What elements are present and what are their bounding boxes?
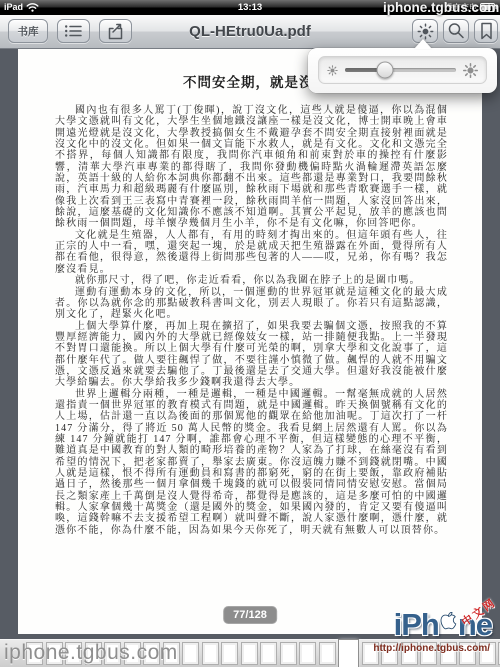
share-button[interactable] <box>99 19 132 43</box>
list-icon <box>64 24 83 38</box>
ribbon-icon <box>479 22 494 40</box>
paragraph: 文化就是生殖器，人人都有，有用的時刻才掏出來的。但這年頭有些人，往正宗的人中一看… <box>55 230 448 275</box>
large-sun-icon <box>463 63 478 78</box>
small-sun-icon <box>327 65 338 76</box>
page-thumbnail[interactable] <box>242 643 257 664</box>
brightness-slider-well <box>318 56 487 84</box>
site-logo: 中文网 iPh ne http://iphone.tgbus.com/ <box>373 610 500 654</box>
logo-url: http://iphone.tgbus.com/ <box>373 643 500 654</box>
page-thumbnail[interactable] <box>300 643 315 664</box>
page-indicator-badge: 77/128 <box>223 606 277 624</box>
magnifier-icon <box>447 22 465 40</box>
brightness-slider-knob[interactable] <box>376 62 393 79</box>
paragraph: 世界上邏輯分兩種，一種是邏輯，一種是中國邏輯。一幫毫無成就的人居然還指責一個世界… <box>55 389 448 536</box>
document-title: QL-HEtru0Ua.pdf <box>140 23 360 40</box>
contents-button[interactable] <box>57 19 90 43</box>
page-thumbnail[interactable] <box>203 643 218 664</box>
sun-icon <box>417 23 434 40</box>
share-icon <box>106 23 125 40</box>
page-thumbnail[interactable] <box>320 643 335 664</box>
apple-logo-icon <box>438 612 459 637</box>
paragraph: 運動有運動本身的文化，所以，一個運動的世界冠軍就是這種文化的最大成者。你以為就你… <box>55 287 448 321</box>
page-thumbnail-current[interactable] <box>339 640 358 667</box>
watermark-top: iphone.tgbus.com <box>383 0 499 15</box>
paragraph: 上個大學算什麼，再加上現在擴招了，如果我要去騙個文憑，按照我的不算豐厚經濟能力，… <box>55 321 448 389</box>
logo-text-left: iPh <box>394 607 439 642</box>
page-thumbnail[interactable] <box>183 643 198 664</box>
screen: iPad 13:13 没有充电 iphone.tgbus.com 书库 <box>0 0 500 667</box>
library-button[interactable]: 书库 <box>8 19 48 43</box>
watermark-bottom: iphone.tgbus.com <box>4 641 178 665</box>
bookmark-button[interactable] <box>474 19 498 43</box>
page-thumbnail[interactable] <box>261 643 276 664</box>
page-thumbnail[interactable] <box>281 643 296 664</box>
paragraph: 就你那尺寸，得了吧，你走近看看，你以為我圍在脖子上的是圍巾嗎。 <box>55 275 448 286</box>
brightness-slider[interactable] <box>345 68 456 72</box>
library-button-label: 书库 <box>18 24 39 39</box>
page-thumbnail[interactable] <box>222 643 237 664</box>
document-body: 國內也有很多人罵丁(丁俊暉)，說丁沒文化，這些人就是傻逼，你以為混個大學文憑就叫… <box>55 105 448 536</box>
paragraph: 國內也有很多人罵丁(丁俊暉)，說丁沒文化，這些人就是傻逼，你以為混個大學文憑就叫… <box>55 105 448 230</box>
brightness-popover <box>308 48 497 93</box>
document-heading: 不問安全期，就是沒 <box>183 71 314 91</box>
pdf-page[interactable]: 不問安全期，就是沒 國內也有很多人罵丁(丁俊暉)，說丁沒文化，這些人就是傻逼，你… <box>18 48 482 634</box>
search-button[interactable] <box>443 19 469 43</box>
popover-arrow <box>414 39 432 49</box>
